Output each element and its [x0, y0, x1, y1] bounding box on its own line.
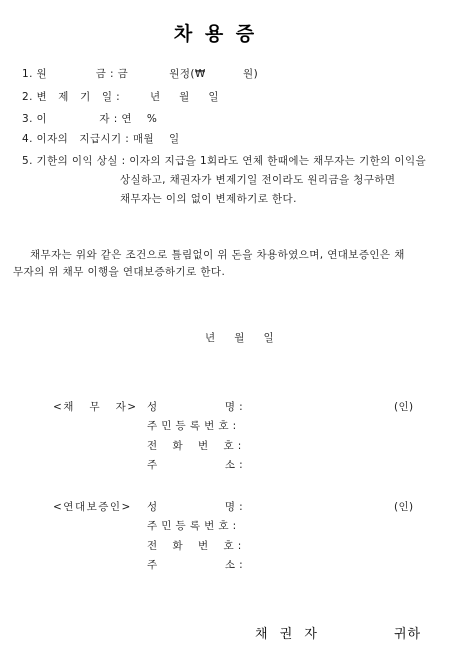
debtor-section: <채 무 자> 성 명 : 주 민 등 록 번 호 : 전 화 번 호 : 주 … [0, 401, 457, 481]
document-header: 차 용 증 [0, 19, 457, 46]
term-repayment-date: 2. 변 제 기 일 : 년 월 일 [22, 91, 219, 104]
debtor-seal-mark: (인) [394, 401, 414, 414]
date-line: 년 월 일 [205, 332, 274, 345]
document-footer: 채 권 자 귀하 [0, 623, 457, 641]
agreement-line-1: 채무자는 위와 같은 조건으로 틀림없이 위 돈을 차용하였으며, 연대보증인은… [13, 247, 453, 264]
term-principal: 1. 원 금 : 금 원정(₩ 원) [22, 68, 258, 81]
debtor-name-field: 성 명 : [147, 401, 243, 420]
guarantor-address-field: 주 소 : [147, 559, 243, 578]
acceleration-clause-line-2: 상실하고, 채권자가 변제기일 전이라도 원리금을 청구하면 [120, 171, 452, 190]
guarantor-section-label: <연대보증인> [53, 501, 132, 514]
guarantor-fields: 성 명 : 주 민 등 록 번 호 : 전 화 번 호 : 주 소 : [147, 501, 243, 579]
term-interest-payment-day: 4. 이자의 지급시기 : 매월 일 [22, 133, 180, 146]
guarantor-phone-field: 전 화 번 호 : [147, 540, 243, 559]
document-title: 차 용 증 [174, 23, 257, 45]
acceleration-clause-line-3: 채무자는 이의 없이 변제하기로 한다. [120, 190, 452, 209]
debtor-section-label: <채 무 자> [53, 401, 138, 414]
guarantor-section: <연대보증인> 성 명 : 주 민 등 록 번 호 : 전 화 번 호 : 주 … [0, 501, 457, 581]
term-acceleration-clause: 5. 기한의 이익 상실 : 이자의 지급을 1회라도 연체 한때에는 채무자는… [22, 152, 452, 209]
debtor-resident-number-field: 주 민 등 록 번 호 : [147, 420, 243, 439]
guarantor-name-field: 성 명 : [147, 501, 243, 520]
debtor-fields: 성 명 : 주 민 등 록 번 호 : 전 화 번 호 : 주 소 : [147, 401, 243, 479]
acceleration-clause-line-1: 5. 기한의 이익 상실 : 이자의 지급을 1회라도 연체 한때에는 채무자는… [22, 152, 452, 171]
creditor-label: 채 권 자 [255, 623, 321, 642]
agreement-paragraph: 채무자는 위와 같은 조건으로 틀림없이 위 돈을 차용하였으며, 연대보증인은… [13, 247, 453, 282]
agreement-line-2: 무자의 위 채무 이행을 연대보증하기로 한다. [13, 264, 453, 281]
guarantor-seal-mark: (인) [394, 501, 414, 514]
term-interest-rate: 3. 이 자 : 연 % [22, 113, 157, 126]
debtor-phone-field: 전 화 번 호 : [147, 440, 243, 459]
honorific-label: 귀하 [394, 623, 421, 642]
guarantor-resident-number-field: 주 민 등 록 번 호 : [147, 520, 243, 539]
debtor-address-field: 주 소 : [147, 459, 243, 478]
